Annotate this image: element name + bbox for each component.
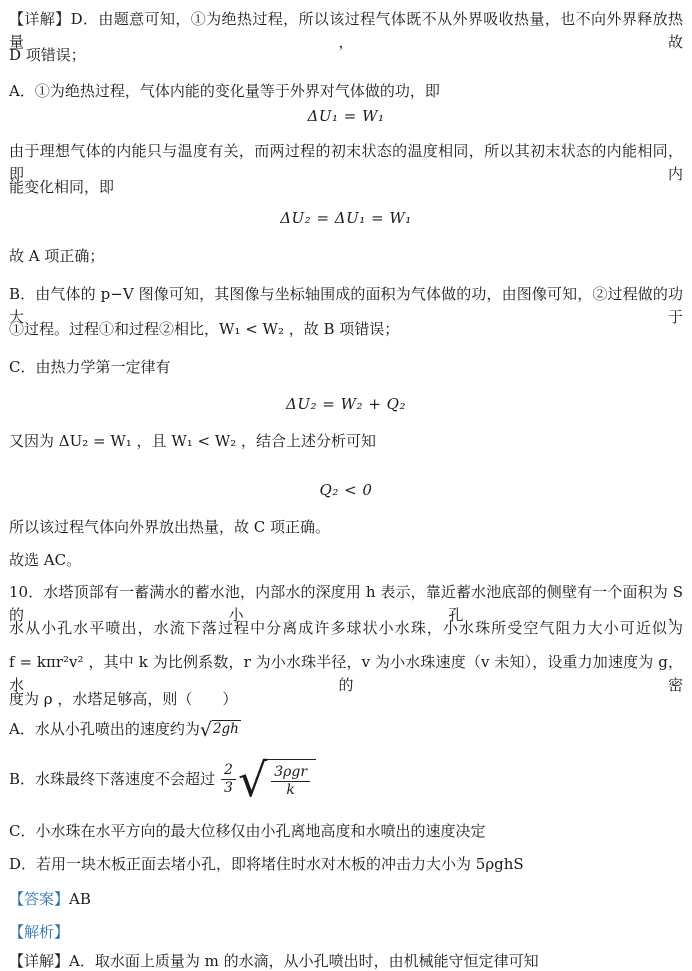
formula-q2-negative: Q₂ < 0	[9, 479, 683, 502]
q10-option-d: D．若用一块木板正面去堵小孔，即将堵住时水对木板的冲击力大小为 5ρghS	[9, 853, 683, 876]
analysis-line: 【解析】	[9, 921, 683, 944]
q10-stem-line-4: 度为 ρ ，水塔足够高，则（ ）	[9, 688, 683, 711]
fraction-3pgr-over-k: 3ρgr k	[271, 764, 310, 797]
formula-first-law: ΔU₂ = W₂ + Q₂	[9, 393, 683, 416]
q9-internal-energy-line-2: 能变化相同，即	[9, 176, 683, 199]
q10-option-b-text: B．水珠最终下落速度不会超过	[9, 768, 215, 791]
q9-detail-line-2: D 项错误；	[9, 44, 683, 67]
analysis-label: 【解析】	[9, 923, 69, 941]
fraction-denominator: k	[283, 782, 297, 798]
answer-line: 【答案】AB	[9, 888, 683, 911]
fraction-two-thirds: 2 3	[221, 762, 236, 795]
sqrt-symbol: √	[238, 760, 267, 800]
q9-option-a-intro: A．①为绝热过程，气体内能的变化量等于外界对气体做的功，即	[9, 80, 683, 103]
q10-stem-line-2: 水从小孔水平喷出，水流下落过程中分离成许多球状小水珠，小水珠所受空气阻力大小可近…	[9, 617, 683, 640]
q10-detail-line: 【详解】A．取水面上质量为 m 的水滴，从小孔喷出时，由机械能守恒定律可知	[9, 950, 683, 971]
answer-value: AB	[69, 890, 91, 908]
q10-option-a-text: A．水从小孔喷出的速度约为	[9, 718, 200, 741]
q10-option-a: A．水从小孔喷出的速度约为 √ 2gh	[9, 718, 683, 741]
formula-delta-u1: ΔU₁ = W₁	[9, 105, 683, 128]
formula-delta-u2-equals-u1: ΔU₂ = ΔU₁ = W₁	[9, 207, 683, 230]
q9-final-choice: 故选 AC。	[9, 549, 683, 572]
q10-option-b: B．水珠最终下落速度不会超过 2 3 √ 3ρgr k	[9, 748, 683, 810]
sqrt-radicand: 3ρgr k	[267, 759, 316, 799]
sqrt-3pgr-over-k: √ 3ρgr k	[238, 759, 316, 799]
sqrt-radicand: 2gh	[212, 720, 241, 739]
detail-label: 【详解】	[9, 952, 69, 970]
q9-option-c-line: 又因为 ΔU₂ = W₁ ，且 W₁ < W₂ ，结合上述分析可知	[9, 430, 683, 453]
q9-option-a-conclusion: 故 A 项正确；	[9, 245, 683, 268]
fraction-numerator: 3ρgr	[271, 764, 310, 781]
sqrt-symbol: √	[200, 721, 212, 740]
q9-option-c-conclusion: 所以该过程气体向外界放出热量，故 C 项正确。	[9, 516, 683, 539]
sqrt-2gh: √ 2gh	[200, 720, 241, 739]
q9-option-b-line-2: ①过程。过程①和过程②相比，W₁ < W₂ ，故 B 项错误；	[9, 318, 683, 341]
fraction-numerator: 2	[221, 762, 236, 779]
fraction-denominator: 3	[221, 780, 236, 796]
q9-option-c-intro: C．由热力学第一定律有	[9, 356, 683, 379]
document-page: 【详解】D．由题意可知，①为绝热过程，所以该过程气体既不从外界吸收热量，也不向外…	[0, 0, 692, 971]
answer-label: 【答案】	[9, 890, 69, 908]
detail-text: A．取水面上质量为 m 的水滴，从小孔喷出时，由机械能守恒定律可知	[69, 952, 539, 970]
q10-option-c: C．小水珠在水平方向的最大位移仅由小孔离地高度和水喷出的速度决定	[9, 820, 683, 843]
